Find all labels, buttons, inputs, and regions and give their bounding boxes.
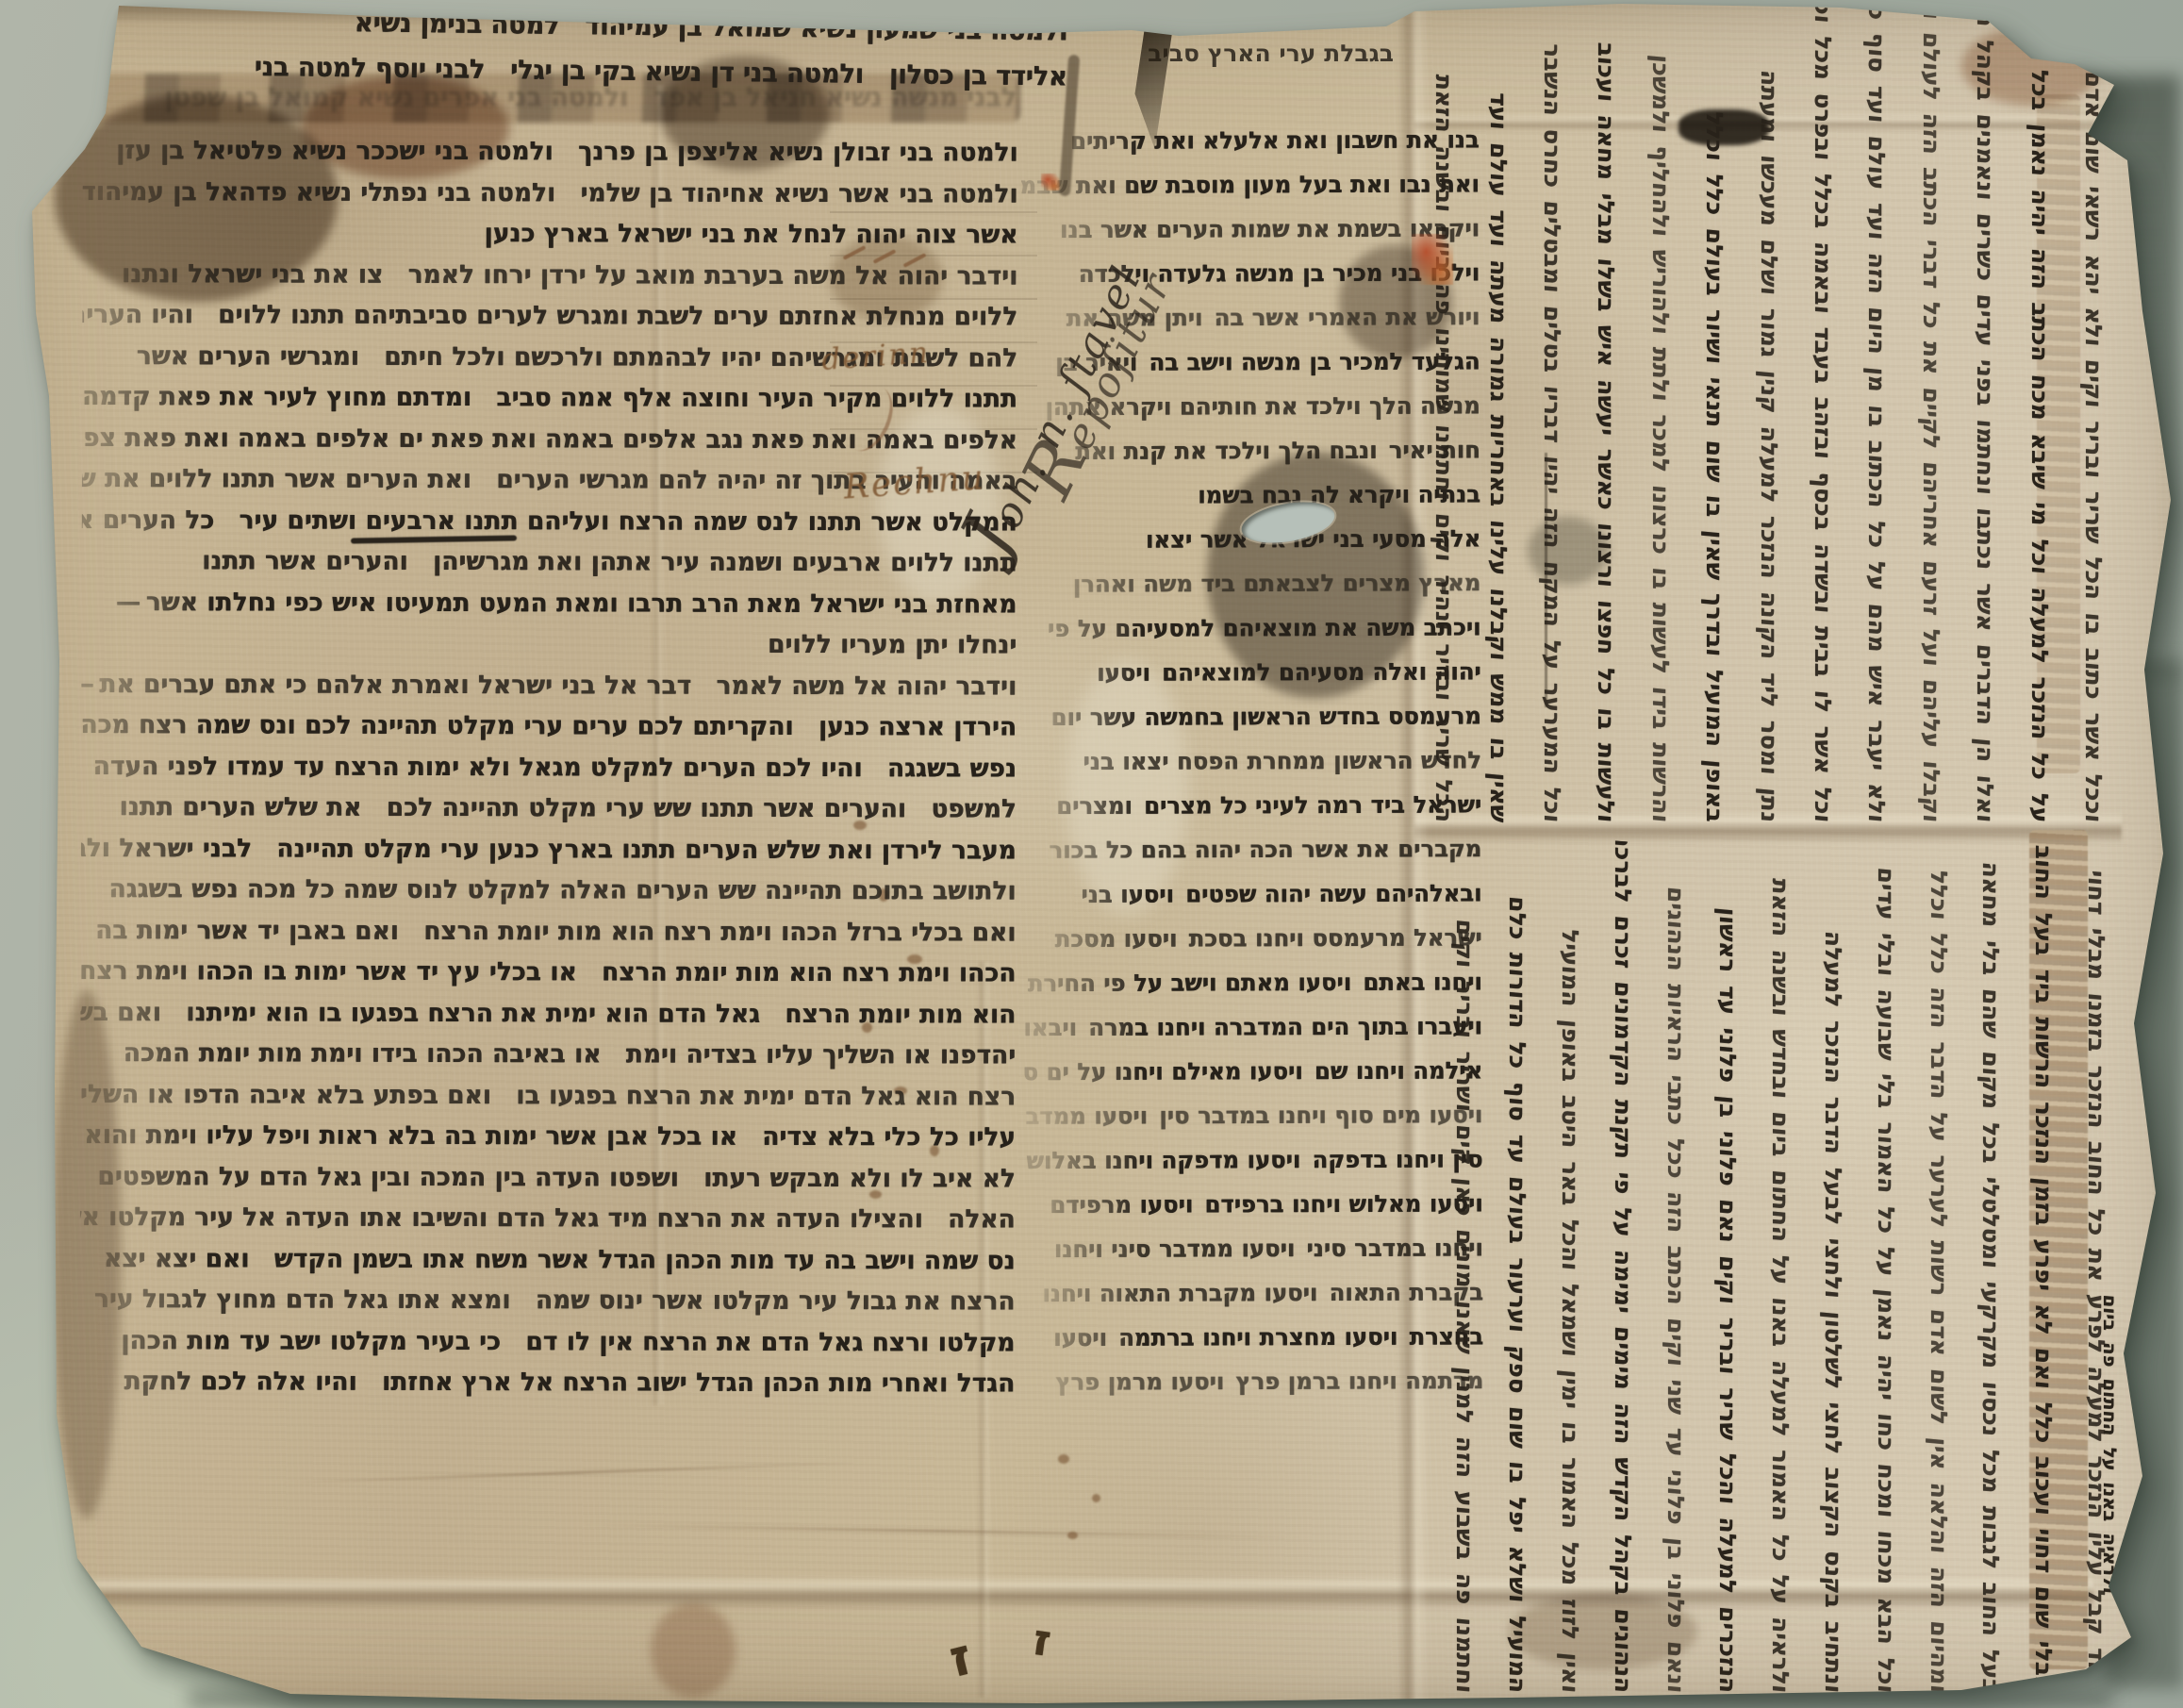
manuscript-photo: { "document": { "kind": "parchment Torah… — [0, 0, 2183, 1708]
vignette-overlay — [0, 0, 2183, 1708]
parchment-sheet-wrap: ולמטה בני שמעון נשיא שמואל בן עמיהוד למט… — [0, 0, 2183, 1708]
parchment-sheet: ולמטה בני שמעון נשיא שמואל בן עמיהוד למט… — [0, 0, 2183, 1708]
